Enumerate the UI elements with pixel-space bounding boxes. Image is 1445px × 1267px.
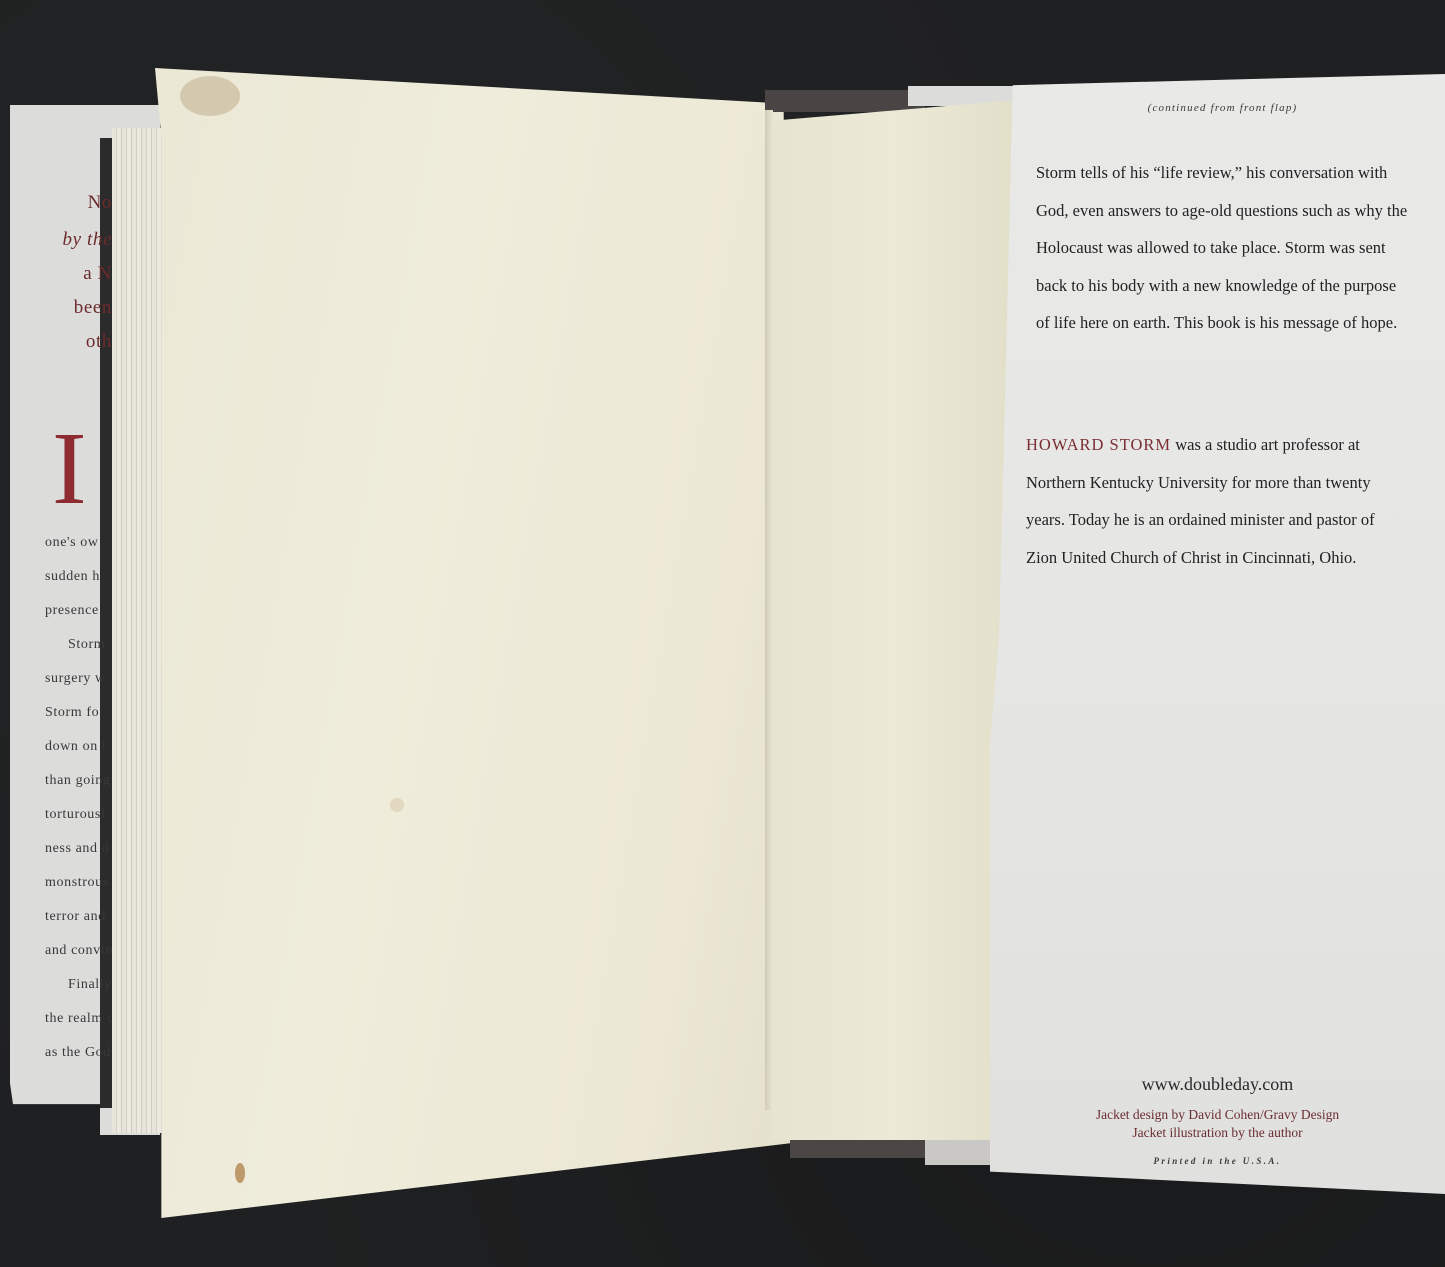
synopsis-line: Storm tells of his “life review,” his co… xyxy=(1036,154,1407,192)
design-credit: Jacket design by David Cohen/Gravy Desig… xyxy=(990,1106,1445,1124)
body-fragment: monstrous xyxy=(45,875,109,891)
synopsis-line: Holocaust was allowed to take place. Sto… xyxy=(1036,229,1407,267)
bio-first-line: HOWARD STORM was a studio art professor … xyxy=(1026,426,1375,464)
foxing-stain xyxy=(235,1163,245,1183)
headline-fragment: a N xyxy=(83,263,112,285)
continued-note: (continued from front flap) xyxy=(990,102,1445,114)
synopsis-line: God, even answers to age-old questions s… xyxy=(1036,192,1407,230)
body-fragment: one's ow xyxy=(45,535,99,551)
bio-line: Zion United Church of Christ in Cincinna… xyxy=(1026,539,1375,577)
body-fragment: sudden h xyxy=(45,569,100,585)
spine-gutter xyxy=(765,110,773,1110)
printed-note: Printed in the U.S.A. xyxy=(990,1156,1445,1166)
jacket-credits: Jacket design by David Cohen/Gravy Desig… xyxy=(990,1106,1445,1142)
synopsis-line: back to his body with a new knowledge of… xyxy=(1036,267,1407,305)
headline-fragment: been xyxy=(74,297,112,319)
foxing-stain xyxy=(180,76,240,116)
page-block-edge xyxy=(112,128,170,1133)
back-flap-content: (continued from front flap) Storm tells … xyxy=(990,74,1445,1194)
body-fragment: as the God xyxy=(45,1045,111,1061)
body-fragment: Storm xyxy=(68,637,105,653)
publisher-website: www.doubleday.com xyxy=(990,1074,1445,1095)
synopsis-paragraph: Storm tells of his “life review,” his co… xyxy=(1036,154,1407,342)
body-fragment: Storm fo xyxy=(45,705,99,721)
headline-fragment: No xyxy=(88,192,112,214)
bio-line: Northern Kentucky University for more th… xyxy=(1026,464,1375,502)
headline-fragment: by the xyxy=(63,229,113,251)
right-endpaper xyxy=(772,100,1017,1140)
cloth-board-top xyxy=(765,90,925,112)
body-fragment: the realm c xyxy=(45,1011,112,1027)
synopsis-line: of life here on earth. This book is his … xyxy=(1036,304,1407,342)
author-bio: HOWARD STORM was a studio art professor … xyxy=(1026,426,1375,576)
drop-cap: I xyxy=(52,417,87,521)
foxing-stain xyxy=(390,798,404,812)
body-fragment: down on t xyxy=(45,739,106,755)
left-endpaper xyxy=(155,68,790,1218)
body-fragment: torturousl xyxy=(45,807,105,823)
body-fragment: than going xyxy=(45,773,111,789)
illustration-credit: Jacket illustration by the author xyxy=(990,1124,1445,1142)
headline-fragment: oth xyxy=(86,331,112,353)
body-fragment: ness and d xyxy=(45,841,109,857)
bio-text: was a studio art professor at xyxy=(1171,435,1360,454)
body-fragment: surgery w xyxy=(45,671,106,687)
body-fragment: terror and xyxy=(45,909,106,925)
author-name: HOWARD STORM xyxy=(1026,435,1171,454)
body-fragment: and convin xyxy=(45,943,112,959)
front-flap-text: No by the a N been oth I one's ow sudden… xyxy=(10,105,112,1105)
body-fragment: Finally, xyxy=(68,977,112,993)
bio-line: years. Today he is an ordained minister … xyxy=(1026,501,1375,539)
body-fragment: presence xyxy=(45,603,99,619)
